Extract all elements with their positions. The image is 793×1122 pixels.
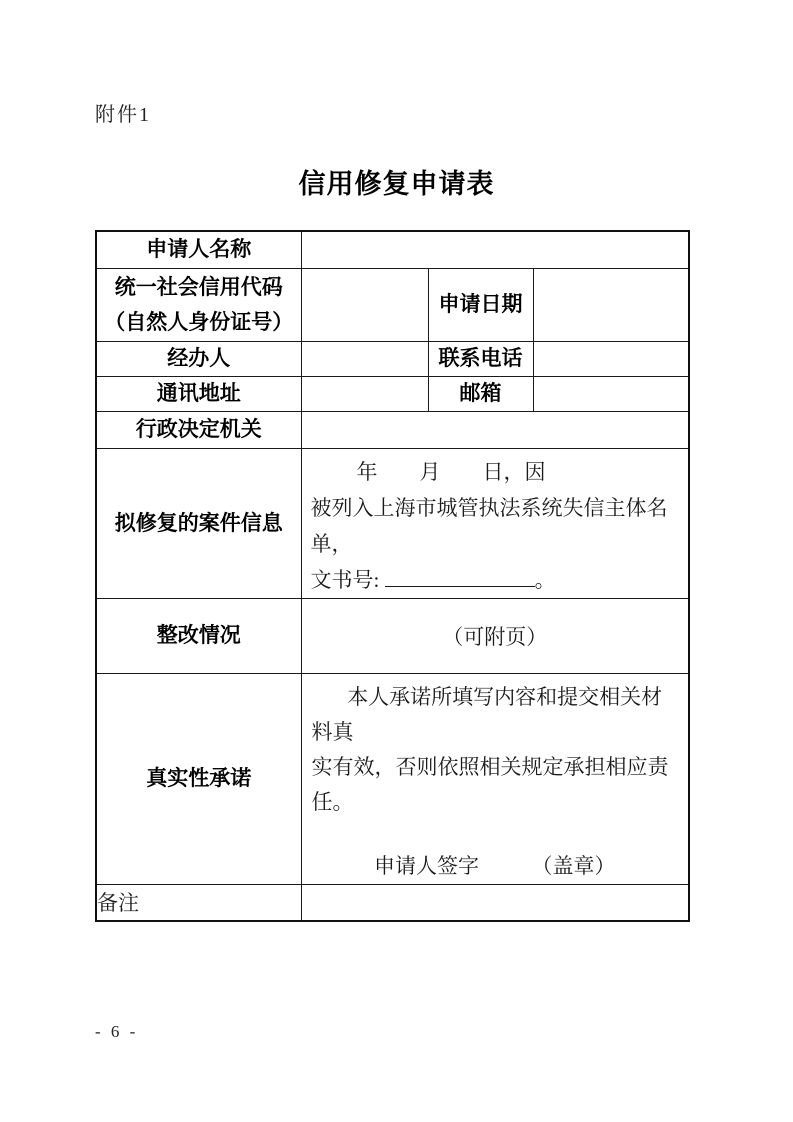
document-page: 附件1 信用修复申请表 申请人名称 统一社会信用代码 （自然人身份证号） 申请日…	[0, 0, 793, 1122]
credit-code-field[interactable]	[301, 268, 428, 341]
handler-field[interactable]	[301, 341, 428, 376]
application-date-label: 申请日期	[428, 268, 533, 341]
case-date-line: 年 月 日，因	[302, 449, 689, 490]
table-row: 真实性承诺 本人承诺所填写内容和提交相关材料真 实有效，否则依照相关规定承担相应…	[96, 673, 689, 884]
table-row: 统一社会信用代码 （自然人身份证号） 申请日期	[96, 268, 689, 341]
case-info-label: 拟修复的案件信息	[96, 448, 301, 598]
authenticity-commitment-content: 本人承诺所填写内容和提交相关材料真 实有效，否则依照相关规定承担相应责任。 申请…	[301, 673, 689, 884]
address-label: 通讯地址	[96, 376, 301, 411]
phone-field[interactable]	[533, 341, 689, 376]
commitment-text-line2: 实有效，否则依照相关规定承担相应责任。	[302, 750, 689, 820]
page-title: 信用修复申请表	[0, 162, 793, 201]
document-number-suffix: 。	[535, 568, 556, 592]
applicant-name-label: 申请人名称	[96, 231, 301, 268]
decision-authority-field[interactable]	[301, 411, 689, 448]
case-document-number-line: 文书号: 。	[302, 562, 689, 598]
document-number-blank-field[interactable]	[385, 566, 535, 587]
table-row: 通讯地址 邮箱	[96, 376, 689, 411]
case-listing-line: 被列入上海市城管执法系统失信主体名单，	[302, 490, 689, 562]
decision-authority-label: 行政决定机关	[96, 411, 301, 448]
phone-label: 联系电话	[428, 341, 533, 376]
applicant-name-field[interactable]	[301, 231, 689, 268]
table-row: 备注	[96, 884, 689, 921]
document-number-prefix: 文书号:	[311, 568, 385, 592]
signature-seal-line: 申请人签字 （盖章）	[302, 849, 689, 884]
credit-code-label: 统一社会信用代码 （自然人身份证号）	[96, 268, 301, 341]
case-info-content: 年 月 日，因 被列入上海市城管执法系统失信主体名单， 文书号: 。	[301, 448, 689, 598]
table-row: 行政决定机关	[96, 411, 689, 448]
credit-code-label-line2: （自然人身份证号）	[97, 305, 301, 340]
commitment-spacer	[302, 820, 689, 849]
table-row: 整改情况 （可附页）	[96, 598, 689, 673]
remarks-label: 备注	[96, 884, 301, 921]
authenticity-commitment-label: 真实性承诺	[96, 673, 301, 884]
address-field[interactable]	[301, 376, 428, 411]
page-number: - 6 -	[95, 1022, 138, 1042]
handler-label: 经办人	[96, 341, 301, 376]
commitment-text-line1: 本人承诺所填写内容和提交相关材料真	[302, 674, 689, 750]
table-row: 经办人 联系电话	[96, 341, 689, 376]
credit-code-label-line1: 统一社会信用代码	[97, 270, 301, 305]
attachment-label: 附件1	[95, 98, 151, 127]
application-date-field[interactable]	[533, 268, 689, 341]
rectification-label: 整改情况	[96, 598, 301, 673]
rectification-field[interactable]: （可附页）	[301, 598, 689, 673]
email-label: 邮箱	[428, 376, 533, 411]
table-row: 拟修复的案件信息 年 月 日，因 被列入上海市城管执法系统失信主体名单， 文书号…	[96, 448, 689, 598]
credit-repair-application-table: 申请人名称 统一社会信用代码 （自然人身份证号） 申请日期 经办人 联系电话 通…	[95, 230, 690, 922]
table-row: 申请人名称	[96, 231, 689, 268]
email-field[interactable]	[533, 376, 689, 411]
remarks-field[interactable]	[301, 884, 689, 921]
